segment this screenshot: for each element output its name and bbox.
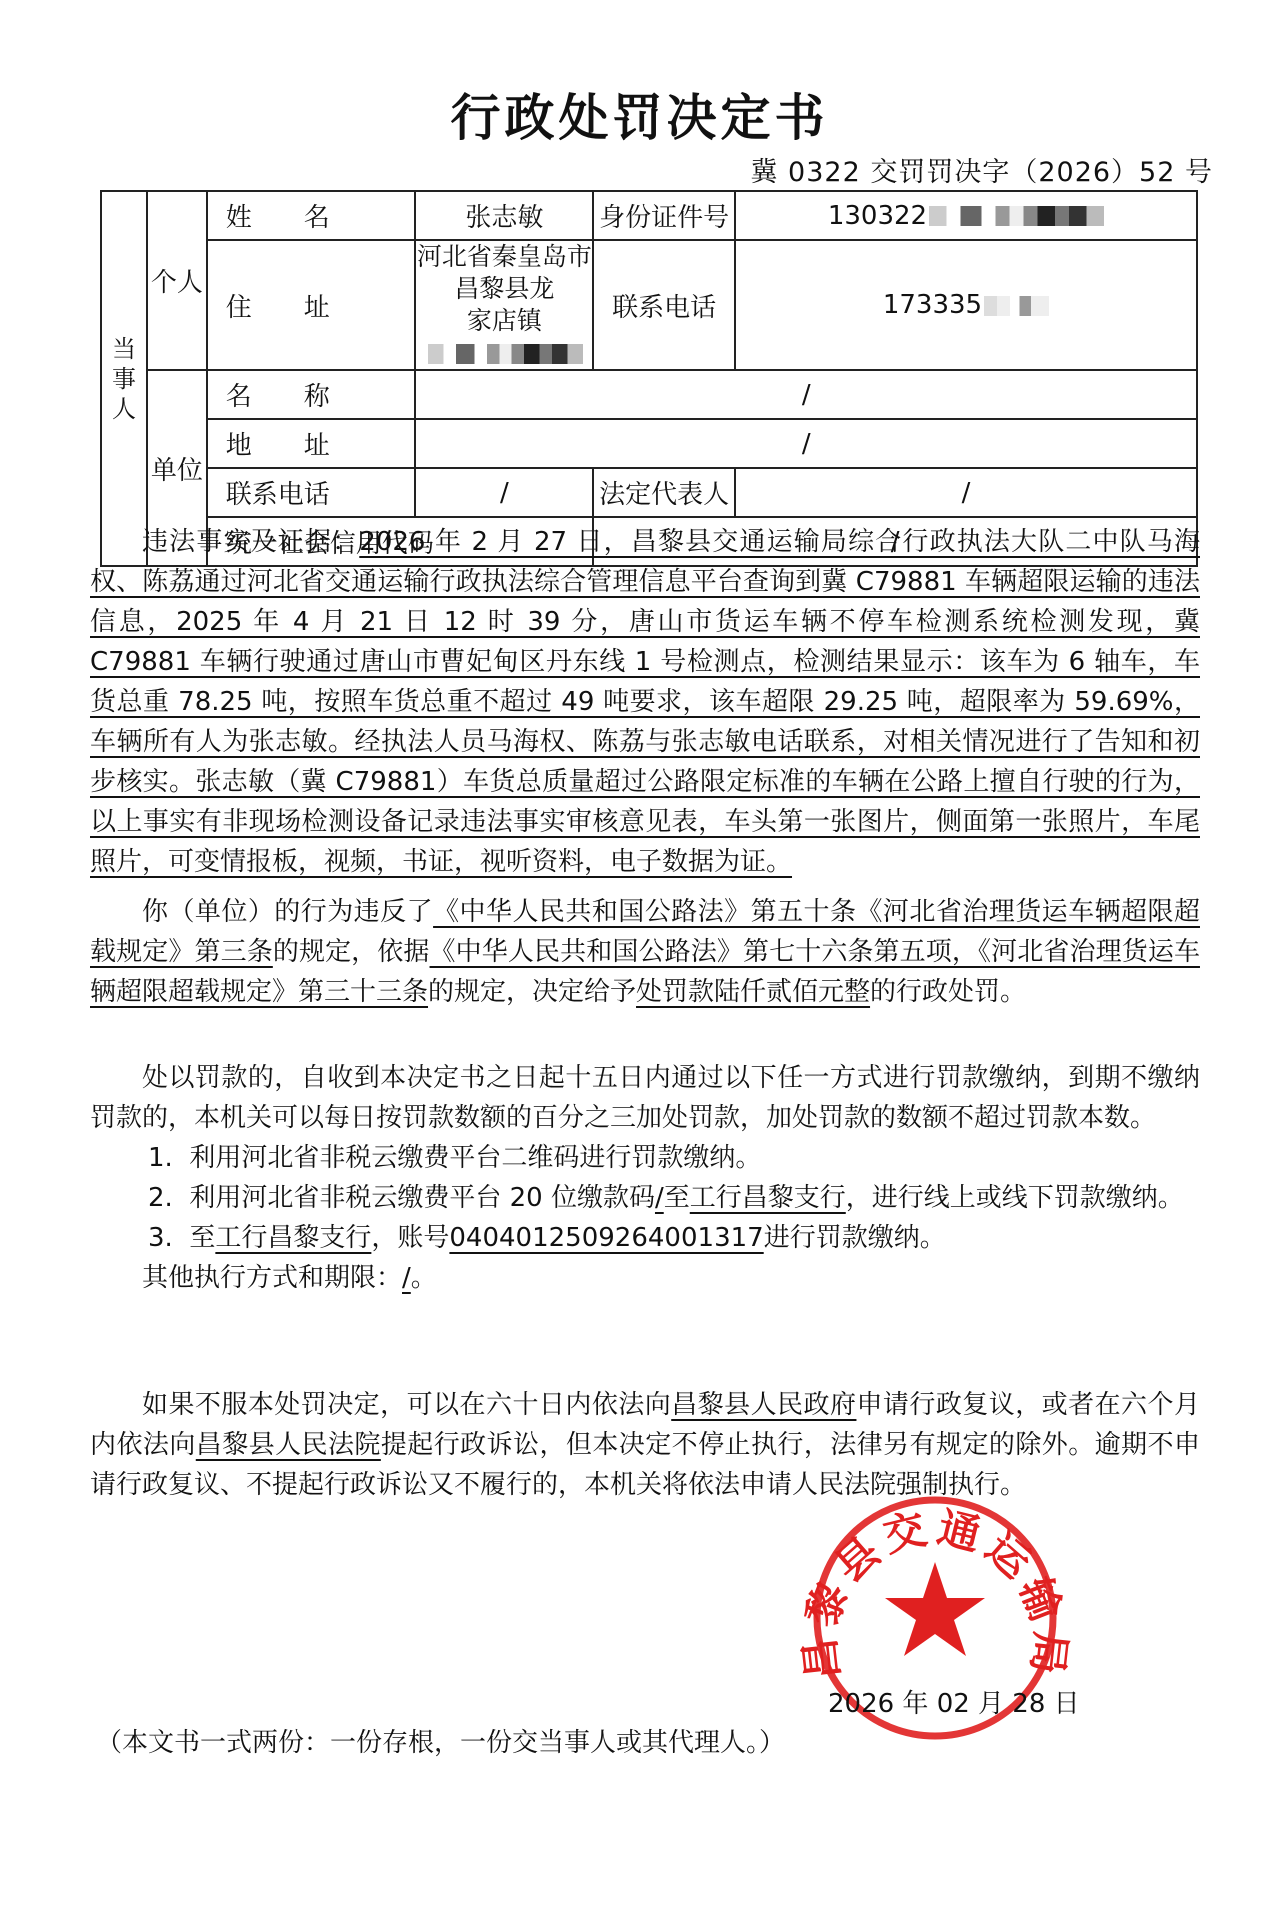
redacted-phone xyxy=(984,296,1049,316)
violation-text-3: 的规定，决定给予 xyxy=(428,977,636,1007)
facts-label: 违法事实及证据： xyxy=(142,527,359,557)
violation-text-4: 的行政处罚。 xyxy=(870,977,1026,1007)
court: 昌黎县人民法院 xyxy=(196,1430,381,1460)
payment-section: 处以罚款的，自收到本决定书之日起十五日内通过以下任一方式进行罚款缴纳，到期不缴纳… xyxy=(90,1058,1200,1298)
redacted-address xyxy=(428,344,583,364)
payment-method-3: 3. 至工行昌黎支行，账号0404012509264001317进行罚款缴纳。 xyxy=(90,1218,1200,1258)
unit-name-label: 名 称 xyxy=(207,370,416,419)
document-number: 冀 0322 交罚罚决字（2026）52 号 xyxy=(750,150,1213,189)
id-label: 身份证件号 xyxy=(593,191,735,240)
decision-date: 2026 年 02 月 28 日 xyxy=(828,1683,1080,1720)
unit-address-label: 地 址 xyxy=(207,419,416,468)
payment-intro: 处以罚款的，自收到本决定书之日起十五日内通过以下任一方式进行罚款缴纳，到期不缴纳… xyxy=(90,1058,1200,1138)
phone-label: 联系电话 xyxy=(593,240,735,370)
unit-phone-value: / xyxy=(415,468,593,517)
other-enforcement: 其他执行方式和期限：/。 xyxy=(90,1258,1200,1298)
payment-method-2: 2. 利用河北省非税云缴费平台 20 位缴款码/至工行昌黎支行，进行线上或线下罚… xyxy=(90,1178,1200,1218)
unit-address-value: / xyxy=(415,419,1197,468)
address-label: 住 址 xyxy=(207,240,416,370)
legal-rep-label: 法定代表人 xyxy=(593,468,735,517)
legal-rep-value: / xyxy=(735,468,1197,517)
facts-text: 2026 年 2 月 27 日，昌黎县交通运输局综合行政执法大队二中队马海权、陈… xyxy=(90,527,1200,877)
facts-section: 违法事实及证据：2026 年 2 月 27 日，昌黎县交通运输局综合行政执法大队… xyxy=(90,522,1200,882)
individual-group-label: 个人 xyxy=(147,191,207,370)
unit-name-value: / xyxy=(415,370,1197,419)
redacted-id xyxy=(929,206,1104,226)
unit-phone-label: 联系电话 xyxy=(207,468,416,517)
address-value: 河北省秦皇岛市昌黎县龙 家店镇 xyxy=(415,240,593,370)
party-label: 当事人 xyxy=(101,191,147,566)
violation-text-2: 的规定，依据 xyxy=(273,937,430,967)
name-label: 姓 名 xyxy=(207,191,416,240)
payment-method-1: 1. 利用河北省非税云缴费平台二维码进行罚款缴纳。 xyxy=(90,1138,1200,1178)
account-number: 0404012509264001317 xyxy=(449,1223,763,1253)
id-value: 130322 xyxy=(735,191,1197,240)
violation-section: 你（单位）的行为违反了《中华人民共和国公路法》第五十条《河北省治理货运车辆超限超… xyxy=(90,892,1200,1012)
party-info-table: 当事人 个人 姓 名 张志敏 身份证件号 130322 住 址 河北省秦皇岛市昌… xyxy=(100,190,1198,567)
review-body: 昌黎县人民政府 xyxy=(671,1390,856,1420)
penalty-amount: 处罚款陆仟贰佰元整 xyxy=(636,977,870,1007)
phone-value: 173335 xyxy=(735,240,1197,370)
document-title: 行政处罚决定书 xyxy=(0,78,1279,150)
footer-note: （本文书一式两份：一份存根，一份交当事人或其代理人。） xyxy=(96,1722,785,1759)
violation-text-1: 你（单位）的行为违反了 xyxy=(142,897,433,927)
appeal-section: 如果不服本处罚决定，可以在六十日内依法向昌黎县人民政府申请行政复议，或者在六个月… xyxy=(90,1385,1200,1505)
name-value: 张志敏 xyxy=(415,191,593,240)
